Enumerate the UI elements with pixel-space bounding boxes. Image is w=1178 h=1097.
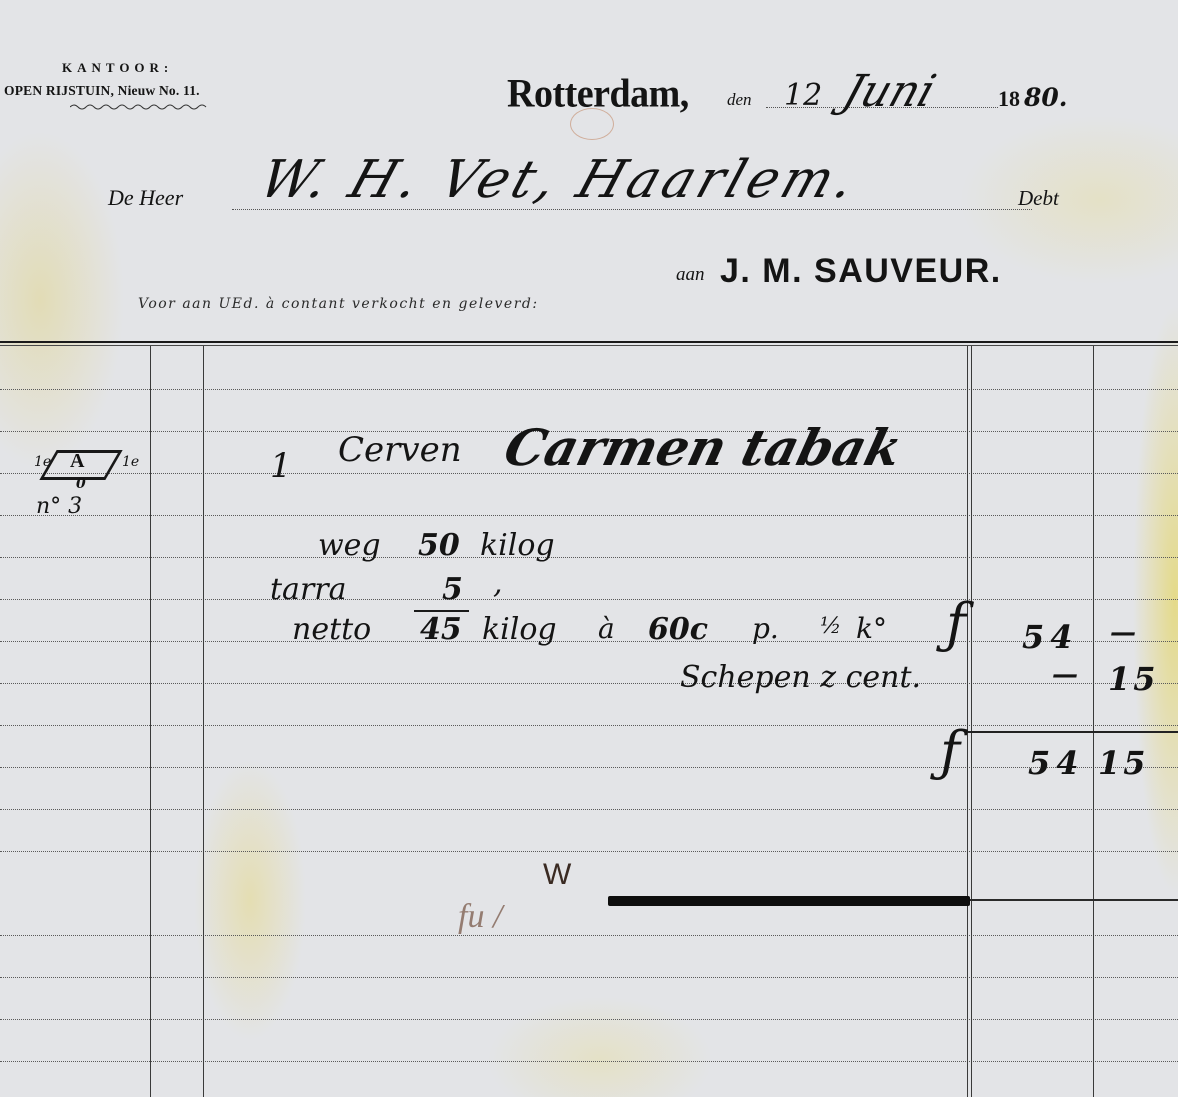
column-rule-cents [1093,346,1094,1097]
ruled-line [0,935,1178,936]
column-rule-date [150,346,151,1097]
tare-value: 5 [442,572,463,607]
ruled-line [0,851,1178,852]
price-prefix: à [598,612,615,645]
city-name: Rotterdam, [507,71,689,117]
decorative-wavy-rule [70,103,208,111]
column-rule-description [203,346,204,1097]
ruled-line [0,977,1178,978]
addressee-prefix: De Heer [108,185,183,211]
preamble-text: Voor aan UEd. à contant verkocht en gele… [138,296,539,312]
price-fraction: ½ [820,614,841,639]
ruled-line [0,557,1178,558]
net-value: 45 [420,612,462,647]
debtor-label: Debt [1018,186,1059,211]
price-per-unit: k° [856,612,887,645]
total-cents: 15 [1098,744,1149,782]
line2-cents: 15 [1108,660,1159,698]
net-label: netto [292,612,371,647]
office-label: KANTOOR: [62,60,173,76]
ruled-line [0,389,1178,390]
ruled-line [0,1061,1178,1062]
year-handwritten: 80. [1024,83,1068,112]
florin-sign-total: ƒ [940,720,960,783]
tare-unit: , [493,566,503,601]
gross-value: 50 [418,528,460,563]
unit-price: 60c [648,612,708,647]
ruled-line [0,725,1178,726]
ruled-line [0,515,1178,516]
merchant-mark-number: n° 3 [36,494,82,519]
column-rule-guilders-b [971,346,972,1097]
gross-label: weg [318,528,381,563]
closing-heavy-rule [608,896,970,906]
creditor-name: J. M. SAUVEUR. [720,252,1002,291]
merchant-mark-sub: 0 [76,476,86,492]
item-quantity: 1 [270,446,292,486]
ruled-line [0,1019,1178,1020]
net-unit: kilog [482,612,557,647]
tare-label: tarra [270,572,347,607]
date-day: 12 [784,78,822,113]
creditor-prefix: aan [676,264,705,286]
line2-guilders: — [1052,660,1078,690]
handwritten-initials: W [543,858,571,892]
merchant-mark-left: 1e [34,454,51,470]
merchant-mark-right: 1e [122,454,139,470]
shipping-label: Schepen z cent. [680,660,921,695]
ruled-line [0,809,1178,810]
merchant-mark-letter: A [70,450,84,473]
line1-cents: — [1110,618,1136,648]
date-prefix: den [727,90,752,110]
date-month: Juni [837,66,942,117]
line1-guilders: 54 [1022,618,1079,656]
header-double-rule-bottom [0,345,1178,346]
ruled-line [0,641,1178,642]
column-rule-guilders-a [967,346,968,1097]
total-rule [965,731,1178,733]
gross-unit: kilog [480,528,555,563]
header-double-rule-top [0,341,1178,343]
addressee-name: W. H. Vet, Haarlem. [252,150,866,210]
item-product: Carmen tabak [499,418,908,477]
pencil-note: fu / [458,898,502,936]
item-unit: Cerven [338,430,462,470]
year-printed: 18 [998,86,1020,112]
total-guilders: 54 [1028,744,1085,782]
ruled-line [0,767,1178,768]
closing-thin-rule [970,899,1178,901]
price-per: p. [752,612,779,645]
florin-sign: ƒ [946,592,966,655]
ruled-line [0,599,1178,600]
ruled-line [0,683,1178,684]
office-address: OPEN RIJSTUIN, Nieuw No. 11. [4,83,200,99]
